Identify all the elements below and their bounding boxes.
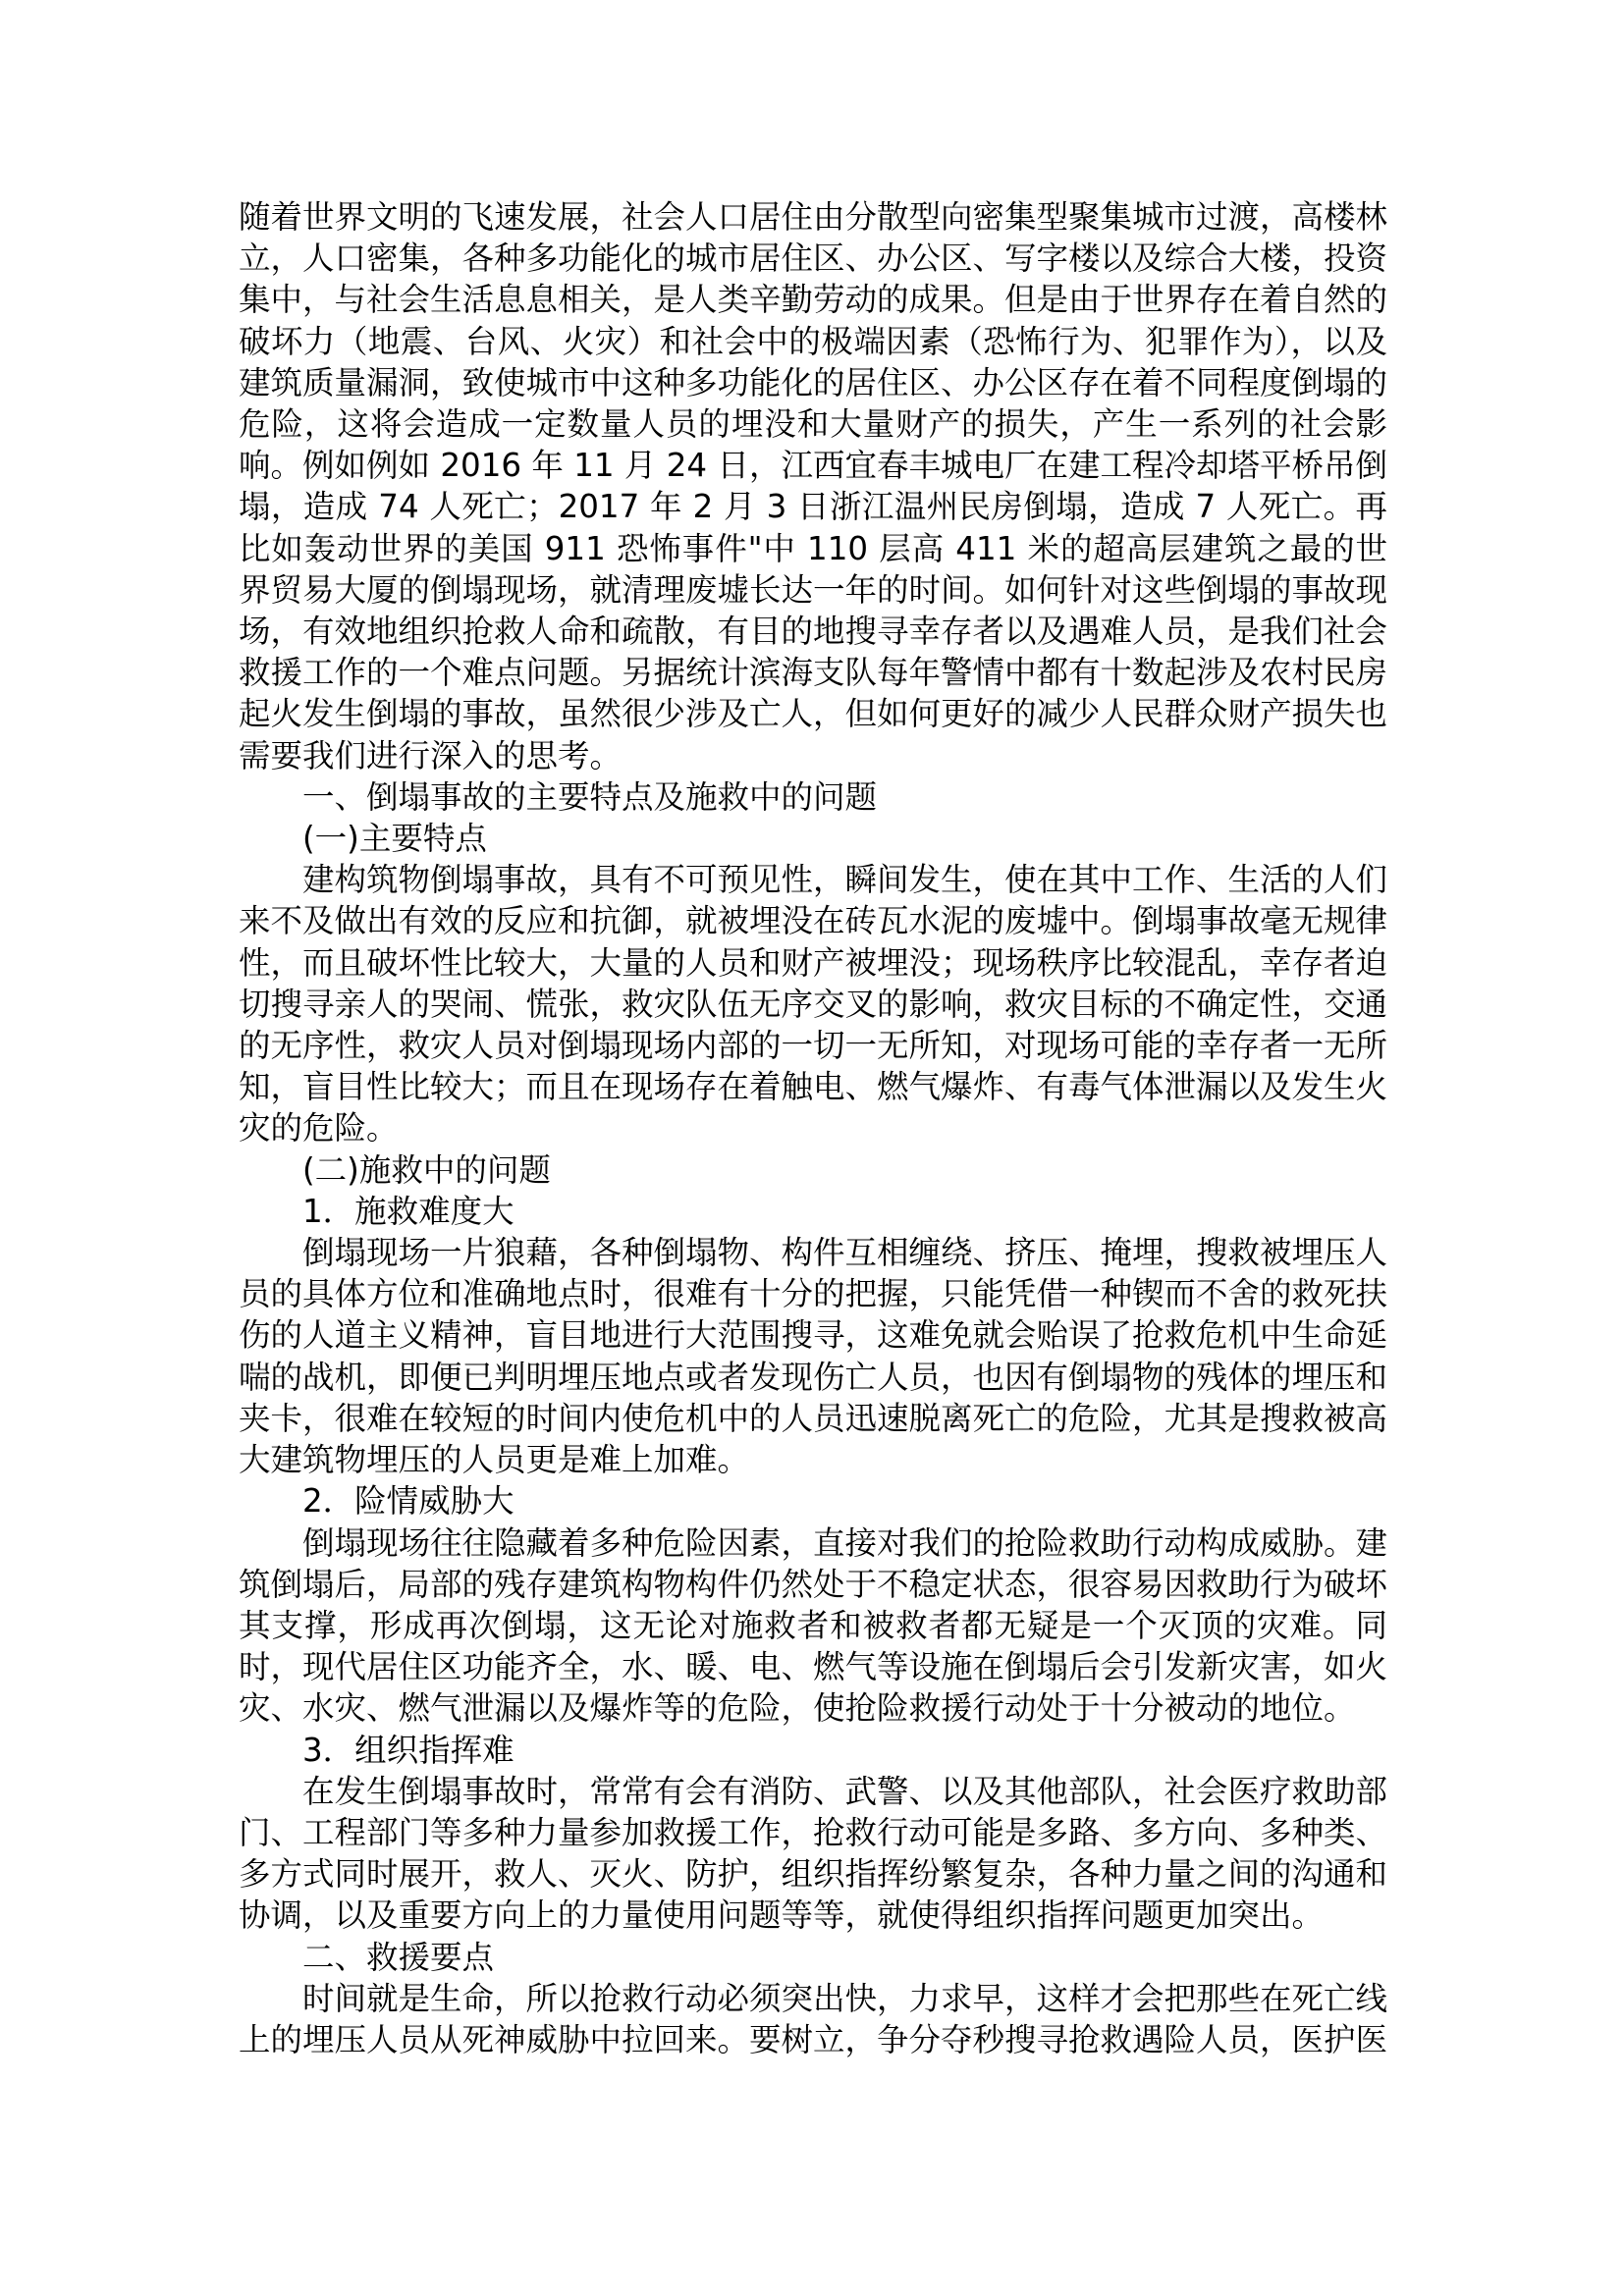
paragraph-danger-threat: 倒塌现场往往隐藏着多种危险因素，直接对我们的抢险救助行动构成威胁。建筑倒塌后，局… — [239, 1522, 1387, 1730]
paragraph-command-difficulty: 在发生倒塌事故时，常常有会有消防、武警、以及其他部队，社会医疗救助部门、工程部门… — [239, 1771, 1387, 1937]
paragraph-main-features: 建构筑物倒塌事故，具有不可预见性，瞬间发生，使在其中工作、生活的人们来不及做出有… — [239, 859, 1387, 1148]
paragraph-intro: 随着世界文明的飞速发展，社会人口居住由分散型向密集型聚集城市过渡，高楼林立，人口… — [239, 196, 1387, 776]
section-heading-2: 二、救援要点 — [239, 1937, 1387, 1978]
paragraph-rescue-points: 时间就是生命，所以抢救行动必须突出快，力求早，这样才会把那些在死亡线上的埋压人员… — [239, 1978, 1387, 2060]
document-text-block: 随着世界文明的飞速发展，社会人口居住由分散型向密集型聚集城市过渡，高楼林立，人口… — [239, 196, 1387, 2060]
section-heading-1: 一、倒塌事故的主要特点及施救中的问题 — [239, 776, 1387, 818]
numbered-heading-2: 2．险情威胁大 — [239, 1480, 1387, 1522]
numbered-heading-1: 1．施救难度大 — [239, 1191, 1387, 1232]
numbered-heading-3: 3．组织指挥难 — [239, 1730, 1387, 1771]
paragraph-rescue-difficulty: 倒塌现场一片狼藉，各种倒塌物、构件互相缠绕、挤压、掩埋，搜救被埋压人员的具体方位… — [239, 1232, 1387, 1480]
subsection-heading-1-2: (二)施救中的问题 — [239, 1149, 1387, 1191]
document-page: 随着世界文明的飞速发展，社会人口居住由分散型向密集型聚集城市过渡，高楼林立，人口… — [0, 0, 1624, 2296]
subsection-heading-1-1: (一)主要特点 — [239, 818, 1387, 859]
